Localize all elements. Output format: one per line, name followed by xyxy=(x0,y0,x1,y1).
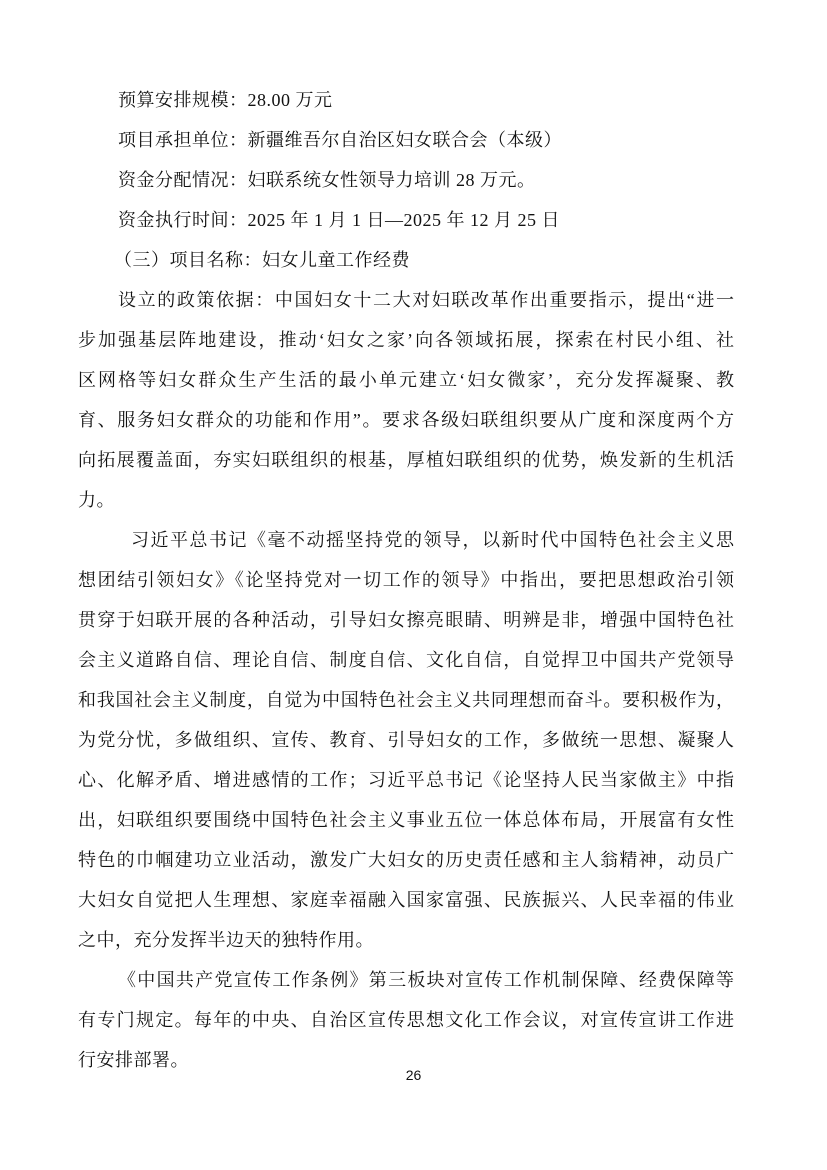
text-line: 育、服务妇女群众的功能和作用”。要求各级妇联组织要从广度和深度两个方 xyxy=(78,400,734,440)
text-line: 和我国社会主义制度，自觉为中国特色社会主义共同理想而奋斗。要积极作为， xyxy=(78,680,734,720)
text-line: （三）项目名称：妇女儿童工作经费 xyxy=(78,240,734,280)
text-line: 预算安排规模：28.00 万元 xyxy=(78,80,734,120)
document-body: 预算安排规模：28.00 万元项目承担单位：新疆维吾尔自治区妇女联合会（本级）资… xyxy=(78,80,734,1080)
text-line: 区网格等妇女群众生产生活的最小单元建立‘妇女微家’，充分发挥凝聚、教 xyxy=(78,360,734,400)
text-line: 资金分配情况：妇联系统女性领导力培训 28 万元。 xyxy=(78,160,734,200)
text-line: 想团结引领妇女》《论坚持党对一切工作的领导》中指出，要把思想政治引领 xyxy=(78,560,734,600)
paragraph-general-secretary-quotes: 习近平总书记《毫不动摇坚持党的领导，以新时代中国特色社会主义思想团结引领妇女》《… xyxy=(78,520,734,960)
document-page: 预算安排规模：28.00 万元项目承担单位：新疆维吾尔自治区妇女联合会（本级）资… xyxy=(0,0,827,1170)
text-line: 力。 xyxy=(78,480,734,520)
text-line: 资金执行时间：2025 年 1 月 1 日—2025 年 12 月 25 日 xyxy=(78,200,734,240)
text-line: 为党分忧，多做组织、宣传、教育、引导妇女的工作，多做统一思想、凝聚人 xyxy=(78,720,734,760)
text-line: 出，妇联组织要围绕中国特色社会主义事业五位一体总体布局，开展富有女性 xyxy=(78,800,734,840)
text-line: 特色的巾帼建功立业活动，激发广大妇女的历史责任感和主人翁精神，动员广 xyxy=(78,840,734,880)
paragraph-propaganda-regulations: 《中国共产党宣传工作条例》第三板块对宣传工作机制保障、经费保障等有专门规定。每年… xyxy=(78,960,734,1080)
text-line: 《中国共产党宣传工作条例》第三板块对宣传工作机制保障、经费保障等 xyxy=(78,960,734,1000)
text-line: 会主义道路自信、理论自信、制度自信、文化自信，自觉捍卫中国共产党领导 xyxy=(78,640,734,680)
text-line: 贯穿于妇联开展的各种活动，引导妇女擦亮眼睛、明辨是非，增强中国特色社 xyxy=(78,600,734,640)
paragraph-policy-basis: 设立的政策依据：中国妇女十二大对妇联改革作出重要指示，提出“进一步加强基层阵地建… xyxy=(78,280,734,520)
text-line: 设立的政策依据：中国妇女十二大对妇联改革作出重要指示，提出“进一 xyxy=(78,280,734,320)
text-line: 有专门规定。每年的中央、自治区宣传思想文化工作会议，对宣传宣讲工作进 xyxy=(78,1000,734,1040)
page-number: 26 xyxy=(0,1064,827,1086)
text-line: 习近平总书记《毫不动摇坚持党的领导，以新时代中国特色社会主义思 xyxy=(78,520,734,560)
paragraph-project-budget-details: 预算安排规模：28.00 万元项目承担单位：新疆维吾尔自治区妇女联合会（本级）资… xyxy=(78,80,734,280)
text-line: 之中，充分发挥半边天的独特作用。 xyxy=(78,920,734,960)
text-line: 大妇女自觉把人生理想、家庭幸福融入国家富强、民族振兴、人民幸福的伟业 xyxy=(78,880,734,920)
text-line: 向拓展覆盖面，夯实妇联组织的根基，厚植妇联组织的优势，焕发新的生机活 xyxy=(78,440,734,480)
text-line: 心、化解矛盾、增进感情的工作；习近平总书记《论坚持人民当家做主》中指 xyxy=(78,760,734,800)
text-line: 项目承担单位：新疆维吾尔自治区妇女联合会（本级） xyxy=(78,120,734,160)
text-line: 步加强基层阵地建设，推动‘妇女之家’向各领域拓展，探索在村民小组、社 xyxy=(78,320,734,360)
